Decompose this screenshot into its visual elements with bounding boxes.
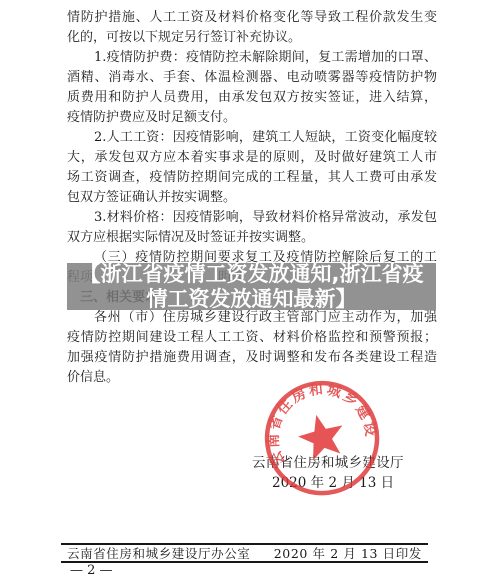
document-body: 情防护措施、人工工资及材料价格变化等导致工程价款发生变化的，可按以下规定另行签订… [67, 8, 437, 388]
document-line: 双方应根据实际情况及时签证并按实调整。 [67, 228, 437, 248]
document-page: 情防护措施、人工工资及材料价格变化等导致工程价款发生变化的，可按以下规定另行签订… [0, 0, 500, 577]
document-line: 疫情防控期间建设工程人工工资、材料价格监控和预警预报； [67, 328, 437, 348]
document-line: 2.人工工资：因疫情影响，建筑工人短缺，工资变化幅度较 [67, 128, 437, 148]
watermark-text-line1: 【浙江省疫情工资发放通知,浙江省疫 [80, 262, 424, 287]
document-line: 加强疫情防护措施费用调查，及时调整和发布各类建设工程造 [67, 348, 437, 368]
document-line: 疫情防护费应及时足额支付。 [67, 108, 437, 128]
document-line: 酒精、消毒水、手套、体温检测器、电动喷雾器等疫情防护物 [67, 68, 437, 88]
document-line: 价信息。 [67, 368, 437, 388]
document-line: 化的，可按以下规定另行签订补充协议。 [67, 28, 437, 48]
page-number: — 2 — [70, 563, 113, 577]
footer-office: 云南省住房和城乡建设厅办公室 [67, 544, 250, 562]
document-line: 质费用和防护人员费用，由承发包双方按实签证，进入结算， [67, 88, 437, 108]
seal-star-icon [294, 409, 349, 462]
document-line: 大，承发包双方应本着实事求是的原则，及时做好建筑工人市 [67, 148, 437, 168]
footer-row: 云南省住房和城乡建设厅办公室 2020 年 2 月 13 日印发 [61, 545, 428, 561]
watermark-overlay: 【浙江省疫情工资发放通知,浙江省疫 情工资发放通知最新】 [67, 263, 436, 310]
document-line: 场工资调查，疫情防控期间完成的工程量，其人工费可由承发 [67, 168, 437, 188]
footer-print-date: 2020 年 2 月 13 日印发 [274, 544, 422, 562]
document-line: 情防护措施、人工工资及材料价格变化等导致工程价款发生变 [67, 8, 437, 28]
document-line: 1.疫情防护费：疫情防控未解除期间，复工需增加的口罩、 [67, 48, 437, 68]
document-line: 包双方签证确认并按实调整。 [67, 188, 437, 208]
footer-rule-bottom [61, 561, 428, 563]
watermark-text-line2: 情工资发放通知最新】 [147, 287, 357, 312]
document-line: 3.材料价格：因疫情影响，导致材料价格异常波动，承发包 [67, 208, 437, 228]
